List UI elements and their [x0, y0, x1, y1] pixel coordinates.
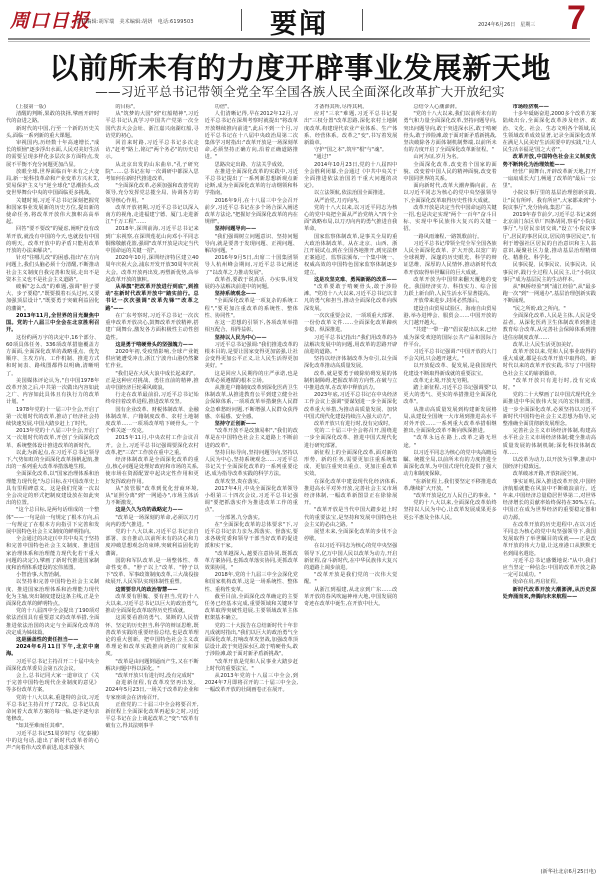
- header-divider-left: [241, 9, 242, 31]
- header-rule-thin: [8, 41, 590, 42]
- paragraph: 这份约两万字的决定中,16个部分、60项具体任务、336项改革措施覆盖方方面面,…: [6, 335, 99, 378]
- paragraph: 从推动高质量发展到构建新发展格局,从建设全国统一大市场到推进高水平对外开放……一…: [403, 407, 496, 436]
- paragraph: 党的十八大以来,全面深化改革始终坚持以人民为中心,让改革发展成果更多更公平惠及全…: [403, 500, 496, 522]
- paragraph: 2016年9月,在十八届三中全会召开前夕,习近平总书记在多个场合深入阐述改革方法…: [205, 198, 298, 227]
- paragraph: 关键时刻,习近平总书记深刻把握党和国家事业发展新的历史方位,提出新的使命任务,将…: [6, 198, 99, 227]
- paragraph: 小院议事厅里的基层治理创新实践,让"民有所呼、我有所应",大家都来到"小院议事厅…: [503, 190, 596, 212]
- paragraph: 从"枫桥经验"到"浦江经验",从"最多跑一次"到"一网通办",基层治理创新实践不…: [503, 284, 596, 306]
- paragraph: 党的十八大以来,重逢特的会议,习近平总书记主持召开了72次。总书记以真命问着大改…: [6, 695, 99, 724]
- paragraph: 改革,就是要勇于破除妨碍发展的体制机制障碍,把握改革的方向性,在破与立中推进改革…: [304, 371, 397, 393]
- paragraph: 党的二十大报告在总结新时代十年非凡成就时指出,"我们以巨大的政治勇气全面深化改革…: [205, 623, 298, 659]
- paragraph: 习近平总书记主持召开二十届中央全面深化改革委员会第五次会议。: [6, 659, 99, 673]
- paragraph: 改革无止境,开放无穷期。: [403, 378, 496, 385]
- paragraph: 全面深化改革,以"国家治理体系和治理能力现代化"为总目标,在中国改革史上具有里程…: [6, 471, 99, 507]
- article-subtitle: ——习近平总书记带领全党全军全国各族人民全面深化改革扩大开放纪实: [0, 82, 600, 100]
- paragraph: 2016年9月5日,出席二十国集团领导人杭州峰会期间,习近平总书记阐述了"以改革…: [205, 255, 298, 277]
- paragraph: 2019年春节前夕,习近平总书记来到北京前门东区草厂四条胡同,察看"小院议事厅"…: [503, 212, 596, 262]
- paragraph: 2018年,深圳前海,习近平总书记来到广东视察,在深圳莲花山向邓小平同志铜像敬献…: [105, 226, 198, 255]
- paragraph: 应对"三农"难题,习近平总书记提出"三权分置"改革思路,深化农村土地制度改革,构…: [304, 111, 397, 147]
- paragraph: 2018年,党的十九届三中全会深化党和国家机构改革,这是一场系统性、整体性、重构…: [205, 572, 298, 594]
- paragraph: 在改革开放的历史进程中,在以习近平同志为核心的党中央坚强领导下,我国发展取得了举…: [503, 522, 596, 558]
- header-divider-right: [362, 9, 363, 31]
- header-rule: [8, 38, 590, 40]
- paragraph: 坚持目标导向,坚持问题导向,坚持以人民为中心,坚持系统观念……习近平总书记关于全…: [205, 450, 298, 479]
- paragraph: 完善社会主义市场经济体制,构建高水平社会主义市场经济体制;健全推动高质量发展的体…: [503, 428, 596, 457]
- paragraph: 行走在改革最前沿,习近平总书记始终牵挂着改革进程,推进改革攻坚。: [105, 392, 198, 406]
- paragraph: 习近平总书记强调:"中国开放的大门不会关闭,只会越开越大。": [403, 349, 496, 363]
- paragraph: "知其至难而任其难"。: [6, 723, 99, 730]
- paragraph: "民之所盼,政之所向。": [503, 306, 596, 313]
- column-1-text: 清醒的判断,果敢的抉择,擘画开辟时代的奋进之路。新时代的中国,行至一个新的历史关…: [6, 111, 99, 752]
- column-5: 总结令人心潮澎湃。"党的十八大以来,我们以前所未有的勇气和力量全面深化改革,坚持…: [403, 104, 496, 876]
- column-1: (上接第一版) 清醒的判断,果敢的抉择,擘画开辟时代的奋进之路。新时代的中国,行…: [6, 104, 99, 876]
- paragraph: 坚持问题导向——: [205, 226, 298, 233]
- paragraph: 在深化改革中建设现代化经济体系,推进高水平对外开放,完善社会主义市场经济体制,一…: [304, 479, 397, 508]
- paragraph: 习近平总书记强调:"我们推进改革的根本目的,是要让国家变得更加富强,让社会变得更…: [205, 342, 298, 371]
- paragraph: 从严治党,刀刃向内。: [304, 198, 397, 205]
- paragraph: 党的十八届四中全会提出了190项对依法治国具有重要意义的改革举措,全面推进依法治…: [6, 608, 99, 637]
- paragraph: 坚持以人民为中心——: [205, 335, 298, 342]
- paragraph: 党的二十大擘画了以中国式现代化全面推进中华民族伟大复兴的宏伟蓝图。进一步全面深化…: [503, 392, 596, 428]
- paragraph: "改革开放是当代中国大踏步赶上时代的重要法宝,是坚持和发展中国特色社会主义的必由…: [304, 507, 397, 529]
- paragraph: 从浙江到福建,从北京到广东……改革开放的春风吹遍神州大地,中国发展的奇迹在改革中…: [304, 587, 397, 609]
- paragraph: 习近平总书记指出:"我们用改革的办法解决发展中的问题,用改革的思路开辟前进的道路…: [304, 335, 397, 357]
- paragraph: 改革开放为中国带来翻天覆地的变化。我国经济实力、科技实力、综合国力跃上新台阶,人…: [403, 277, 496, 299]
- paragraph: 2015年11月,中央农村工作会议召开。会上,习近平总书记强调要深化农村改革,把…: [105, 435, 198, 457]
- article-headline: 以前所未有的力度开辟事业发展新天地: [0, 46, 600, 87]
- paragraph: 国家监察体制改革,是事关全局的重大政治体制改革。从在北京、山西、浙江开展试点,到…: [304, 234, 397, 277]
- paragraph: 经营广阔舞台,开辟改革新天地,打开一扇扇成长大门,畅通了改革的"最后一公里"。: [503, 169, 596, 191]
- paragraph: 一分部署,九分落实。: [205, 515, 298, 522]
- paragraph: 1978年党的十一届三中全会,开启了第一次划时代的改革,推动了经济社会持续快速发…: [6, 407, 99, 429]
- paragraph: "全面深化改革,必须加强和改善党的领导,充分发挥党总揽全局、协调各方的领导核心作…: [105, 183, 198, 205]
- paragraph: "共建'一带一路'"倡议提出以来,已经成为深受欢迎的国际公共产品和国际合作平台。: [403, 327, 496, 349]
- paragraph: "在新征程上,我们要坚定不移推进改革,继续扩大开放。": [403, 479, 496, 493]
- paragraph: 从北京出发的山东曲阜,"孔子研究院"……总书记在每一次调研中都深入思考如何在新时…: [105, 162, 198, 184]
- paragraph: 习近平总书记带领全党全军全国各族人民全面深化改革、扩大开放,以宽广的全球视野、深…: [403, 241, 496, 277]
- paragraph: 这需要非凡的政治智慧——: [105, 587, 198, 594]
- paragraph: 截至目前,全面深化改革确定的主要任务已经基本完成,重要领域和关键环节改革取得突破…: [205, 594, 298, 623]
- paragraph: 奋进新征程,有改革攻坚再出发。2024年5月23日,一场关于改革的企业和专家座谈…: [105, 680, 198, 702]
- paragraph: 展望未来,全面深化改革的步伐不会停歇。: [304, 529, 397, 543]
- paragraph: 坚持以经济体制改革为牵引,以全面深化改革推动高质量发展。: [304, 356, 397, 370]
- paragraph: "改革开放不是改旗易帜","我们的改革是在中国特色社会主义道路上不断前进的改革"…: [205, 428, 298, 450]
- paragraph: "党的十八大以来,我们以前所未有的勇气和力量全面深化改革,坚持问题导向,突出问题…: [403, 111, 496, 154]
- paragraph: "改革要敢于啃硬骨头,敢于涉险滩。"党的十八大以来,习近平总书记以非凡的勇气和担…: [304, 284, 397, 313]
- column-3: 功倍"。人们清晰记得,早在2012年12月,习近平总书记在深圳考察时就提出"将改…: [205, 104, 298, 876]
- column-2-text: 的目标"。从"筑梦的大国"到"红船精神",习近平总书记认真学习中国共产党第一次全…: [105, 104, 198, 731]
- paragraph: 回首来时路,习近平总书记多次走访,"赶考"路上,铭记"两个务必"的历史启示。: [105, 140, 198, 162]
- article-body: (上接第一版) 清醒的判断,果敢的抉择,擘画开辟时代的奋进之路。新时代的中国,行…: [6, 104, 596, 876]
- paragraph: 十多年砥砺奋进,2000多个改革方案陆续出台,全面深化改革涉及经济、政治、文化、…: [503, 111, 596, 154]
- paragraph: 2020年10月,深圳经济特区建立40周年庆祝大会,浦东开发开放30周年庆祝大会…: [105, 255, 198, 284]
- paragraph: 新征程上的全面深化改革,面对新的形势、新的任务,需要更加注重系统集成、更加注重突…: [304, 450, 397, 479]
- paragraph: 民事民提、民事民议、民事民决、民事民评,践行全过程人民民主,让"小院议事厅"成为…: [503, 262, 596, 284]
- column-2: 的目标"。从"筑梦的大国"到"红船精神",习近平总书记认真学习中国共产党第一次全…: [105, 104, 198, 876]
- paragraph: 以改革为动力,以开放为引擎,推动中国经济行稳致远。: [503, 457, 596, 471]
- paragraph: 党的十八大以来,以习近平同志为核心的党中央把全面从严治党纳入"四个全面"战略布局…: [304, 205, 397, 234]
- paragraph: 从推进户籍制度改革到深化医药卫生体制改革,从推进教育公平到建立健全社会保障体系,…: [205, 385, 298, 421]
- paragraph: 改革开放以来,党和人民事业取得的重大成就,都是在改革开放中取得的。新时代以来的改…: [503, 349, 596, 378]
- column-6: 市场经济观——十多年砥砺奋进,2000多个改革方案陆续出台,全面深化改革涉及经济…: [503, 104, 596, 876]
- paragraph: 在"全面深化改革的总体要求"下,习近平总书记亲力亲为,抓落实、督落实,要求各级党…: [205, 522, 298, 551]
- paragraph: 改革开放初期,习近平总书记以深入南方的视角,走进福建宁德、厦门,走进浙江"千万工…: [105, 205, 198, 227]
- paragraph: "我们是在大风大浪中成长起来的"。正是这种应对挑战、勇往直前的精神,推动中国经济…: [105, 371, 198, 393]
- paragraph: 以习近平同志为核心的党中央高瞻远瞩、统揽全局,以前所未有的力度推进全面深化改革,…: [403, 450, 496, 479]
- paragraph: "我们强调树立问题意识、坚持问题导向,就是要善于发现问题、正视问题、解决问题。": [205, 234, 298, 256]
- paragraph: 从"筑梦的大国"到"红船精神",习近平总书记认真学习中国共产党第一次全国代表大会…: [105, 111, 198, 140]
- paragraph: 清醒的判断,果敢的抉择,擘画开辟时代的奋进之路。: [6, 111, 99, 125]
- paragraph: 新时代的中国,行至一个新的历史关头,面临一系列新的重大课题。: [6, 126, 99, 140]
- paragraph: 这是回应人民期待的庄严承诺,也是改革必须遵循的根本立场。: [205, 371, 298, 385]
- paragraph: 一次次重要会议、一项项重大部署、一份份改革文件……全面深化改革蹄疾步稳、纵深推进…: [304, 313, 397, 335]
- paragraph: 改革开放,中国特色社会主义制度优势不断转化为治理效能——: [503, 154, 596, 168]
- paragraph: 美国媒体评论认为,"自中国1978年改革开放之后,中共第一次做出内容如此之广、内…: [6, 378, 99, 407]
- paragraph: 人们清晰记得,早在2012年12月,习近平总书记在深圳考察时就提出"将改革开放继…: [205, 111, 298, 161]
- paragraph: 习近平总书记感慨地说:"从中,我们应当坚定一种信念:中国的改革开放之路一定可以成…: [503, 558, 596, 580]
- column-5-text: 总结令人心潮澎湃。"党的十八大以来,我们以前所未有的勇气和力量全面深化改革,坚持…: [403, 104, 496, 522]
- paragraph: 2023年底,习近平总书记在中央经济工作会议上强调"要谋划进一步全面深化改革重大…: [304, 392, 397, 421]
- paragraph: 党的二十届三中全会将召开,围绕进一步全面深化改革、推进中国式现代化进行研究部署。: [304, 428, 397, 450]
- paragraph: "改革是由问题倒逼而产生,又在不断解决问题中得以深化。": [105, 659, 198, 673]
- paragraph: 山河为证,岁月为名。: [403, 154, 496, 161]
- page-number: 7: [567, 0, 586, 38]
- paragraph: 在以习近平同志为核心的党中央坚强领导下,亿万中国人民以改革为动力,开启新征程,奋…: [304, 543, 397, 572]
- paragraph: 从2013年党的十八届三中全会,到2024年7月即将召开的二十届三中全会,一幅改…: [205, 673, 298, 695]
- paragraph: 建设自由贸易试验区、海南自由贸易港,举办进博会、服贸会……中国开放的大门越开越大…: [403, 306, 496, 328]
- editor-credits: 责任编辑:胡军瑞 美术编辑:胡妍 电话:6199503: [76, 18, 194, 25]
- paragraph: 2013年11月,全世界的目光聚焦中国。党的十八届三中全会在北京胜利召开。: [6, 313, 99, 335]
- paragraph: 全面深化改革,人民是主体,人民是受益者。从深化医药卫生体制改革到推进教育综合改革…: [503, 313, 596, 342]
- paragraph: 针对"往哪儿改"的困惑,指出"在方向问题上,我们头脑必须十分清醒,不断推动社会主…: [6, 255, 99, 284]
- column-4: 才备得其所,尽得其利。应对"三农"难题,习近平总书记提出"三权分置"改革思路,深…: [304, 104, 397, 876]
- paragraph: 全会通过的决定(《中共中央关于坚持和完善中国特色社会主义制度、推进国家治理体系和…: [6, 536, 99, 572]
- paragraph: 这是久久为功的战略定力——: [105, 507, 198, 514]
- paragraph: 以立法领航,依法治国全面推进。: [304, 190, 397, 197]
- paragraph: 放眼全球,世界面临百年未有之大变局,新一轮科技革命和产业变革方兴未艾,贸易保护主…: [6, 169, 99, 198]
- paragraph: 这是勇于啃硬骨头的坚强魄力——: [105, 342, 198, 349]
- paragraph: "全面深化改革是一项复杂的系统工程","要更加注重改革的系统性、整体性、协同性"…: [205, 298, 298, 320]
- paragraph: 思路决定出路、方法关乎成效。: [205, 162, 298, 169]
- paragraph: 从举旗"把改革开放进行到底",到推动"在新时代改革开放中"踏实前行。总书记一次次…: [105, 284, 198, 313]
- paragraph: 改革破冰开路,开放拓展空间。: [503, 471, 596, 478]
- paragraph: 全面深化改革,改变着个国家的面貌、改变着中国人民的精神面貌,改变着中国同世界的关…: [403, 162, 496, 184]
- paragraph: 事实证明,深入推进改革开放,中国经济航船就能在风浪中不断破浪前行。近年来,中国经…: [503, 479, 596, 522]
- paragraph: 正值党的二十届三中全会将要召开,新征程上全面深化改革再起步之时,习近平总书记在会…: [105, 702, 198, 731]
- paragraph: 国防和军队改革,是一场整体性、革命性变革。"脖子以上"改革、"脖子以下"改革、军…: [105, 558, 198, 587]
- paragraph: 改革开放是决定当代中国命运的关键一招,也是决定实现"两个一百年"奋斗目标、实现中…: [403, 205, 496, 234]
- paragraph: 从"放管服"改革到优化营商环境,从"证照分离"到"一网通办",市场主体活力不断激…: [105, 486, 198, 508]
- paragraph: "改革开放只有进行时,没有完成时。": [503, 378, 596, 392]
- paragraph: "改革是一场深刻的革命,必须以刀刃向内的勇气推进。": [105, 515, 198, 529]
- paragraph: 新时代改革开放大潮澎湃,从历史深处奔涌而来,奔腾向未来航程——: [503, 587, 596, 601]
- column-6-text: 市场经济观——十多年砥砺奋进,2000多个改革方案陆续出台,全面深化改革涉及经济…: [503, 104, 596, 866]
- paragraph: 2013年党的十八届三中全会,开启了又一次划时代的改革,开创了全面深化改革、系统…: [6, 428, 99, 450]
- paragraph: 以此为新起点,在习近平总书记领导下,气势如虹的全面深化改革扬帆起航,推出的一系列…: [6, 450, 99, 472]
- paragraph: 这是攻坚克难、勇闯新路的改革——: [304, 277, 397, 284]
- issue-date: 2024年6月26日 星期三: [478, 21, 535, 28]
- paragraph: 一路风雨兼程,一路凯歌前行。: [403, 234, 496, 241]
- paragraph: 在广东考察时,习近平总书记一次次重申改革开放决心,鼓舞改革开放精神,搭建广阔舞台…: [105, 313, 198, 342]
- masthead: 周口日报 责任编辑:胡军瑞 美术编辑:胡妍 电话:6199503 要闻 2024…: [0, 0, 600, 40]
- column-3-text: 功倍"。人们清晰记得,早在2012年12月,习近平总书记在深圳考察时就提出"将改…: [205, 104, 298, 695]
- paragraph: 改革要有胆魄、要有担当,党的十八大以来,习近平总书记以巨大的政治勇气,推动全面深…: [105, 594, 198, 616]
- paragraph: 2024年6月11日下午,北京中南海。: [6, 644, 99, 658]
- paragraph: 2020年初,受疫情影响,全球产业链供应链遭受冲击,浙江宁波舟山港仍然繁忙作业。: [105, 349, 198, 371]
- paragraph: 以坚持和完善中国特色社会主义制度、推进国家治理体系和治理能力现代化为主轴,突出制…: [6, 579, 99, 608]
- paragraph: 习近平总书记51周岁时写《忆秦娥》中的这句话,道出了新时代改革者的心声:"向着伟…: [6, 731, 99, 753]
- paragraph: 审视国内,历经数十年高速增长,"成长的烦恼"逐步浮出水面,人民对美好生活的需要呈…: [6, 140, 99, 169]
- paragraph: 在这一思想的引领下,各项改革举措相互配合、相得益彰。: [205, 320, 298, 334]
- section-title: 要闻: [270, 2, 328, 41]
- news-agency-dateline: (新华社北京6月25日电): [503, 866, 596, 876]
- paragraph: 2014年10月23日,党的十八届四中全会胜利闭幕,全会通过《中共中央关于全面推…: [304, 162, 397, 191]
- paragraph: 开放带来进步,封闭必然落后。: [403, 298, 496, 305]
- paragraph: 踏上新征程,习近平总书记强调要"以更大的勇气、更实的举措推进全面深化改革"。: [403, 385, 496, 407]
- paragraph: "这个总目标,是两句话组成的一个整体"——一句是前一句规定了根本方向,后一句规定…: [6, 507, 99, 536]
- paragraph: 面向新时代,改革大潮奔腾向前。在以习近平同志为核心的党中央坚强领导下,全面深化改…: [403, 183, 496, 205]
- paragraph: "改革永远在路上,改革之路无坦途。": [403, 435, 496, 449]
- paragraph: 改革者,要敢于说真话、办实事,用发展的办法解决前进中的问题。: [205, 277, 298, 291]
- paragraph: 党的十八大以来,习近平总书记亲自部署、亲自推动,以前所未有的决心和力度冲破思想观…: [105, 529, 198, 558]
- paragraph: 2017年4月,中央全面深化改革领导小组第三十四次会议,习近平总书记强调"要把抓…: [205, 486, 298, 515]
- column-4-text: 才备得其所,尽得其利。应对"三农"难题,习近平总书记提出"三权分置"改革思路,深…: [304, 104, 397, 608]
- paragraph: "改革越深入,越要注意协同,既抓改革方案协同,也抓改革落实协同,更抓改革效果协同…: [205, 551, 298, 573]
- paragraph: 国有企业改革、财税体制改革、金融体制改革、户籍制度改革、农村土地制度改革……一项…: [105, 407, 198, 436]
- paragraph: 改革,让人民生活更加美好。: [503, 342, 596, 349]
- paragraph: 这需要看准的勇气、果断的人民情怀、坚定的历史担当,科学的辩证思维,既善改革实践的…: [105, 615, 198, 658]
- paragraph: "改革开放是我们党的一次伟大觉醒。": [304, 572, 397, 586]
- paragraph: 使命在肩,再启征程。: [503, 579, 596, 586]
- paragraph: 破解"怎么改"的难题,强调"胆子要大、步子要稳","既要摸着石头过河,又要加强顶…: [6, 284, 99, 313]
- paragraph: 以开放促改革、促发展,是我国现代化建设不断取得新成就的重要法宝。: [403, 363, 496, 377]
- paragraph: 会上,总书记同大家一道审议了《关于完善中国特色现代企业制度的意见》等多份改革方案…: [6, 673, 99, 695]
- paragraph: 改革攻坚,贵在落实。: [205, 479, 298, 486]
- paragraph: 回答"要不要改"的疑虑,阐明"没有改革开放,就没有中国的今天,也就没有中国的明天…: [6, 226, 99, 255]
- paragraph: 在推进全面深化改革的实践中,习近平总书记提出了一系列新思想新观点新论断,成为全面…: [205, 169, 298, 198]
- paragraph: "改革开放是党和人民事业大踏步赶上时代的重要法宝。": [205, 659, 298, 673]
- paragraph: 经济体制改革是全面深化改革的重点,核心问题是处理好政府和市场的关系,使市场在资源…: [105, 457, 198, 486]
- paragraph: "通过!": [304, 154, 397, 161]
